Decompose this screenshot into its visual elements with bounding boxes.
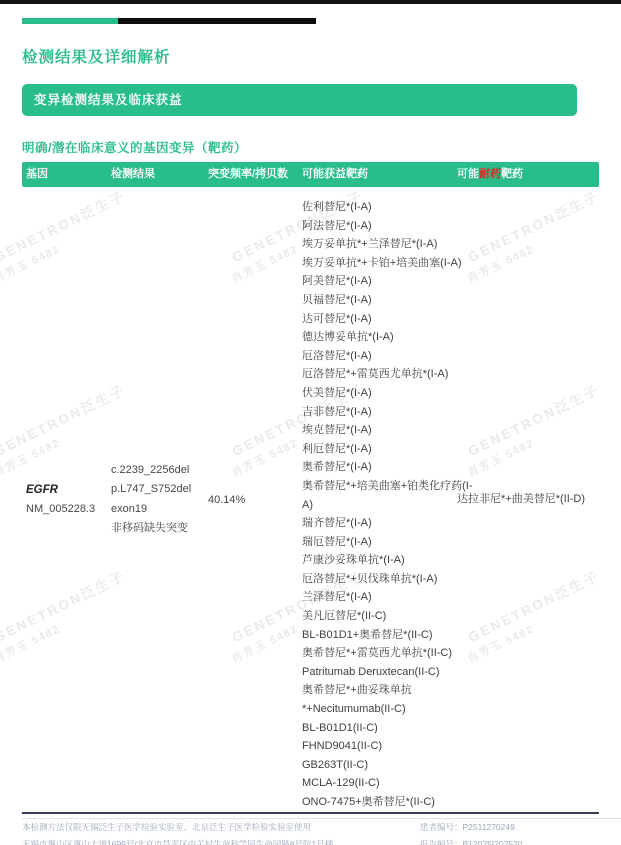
footer-lab-usage: 本检测方法仅限无锡泛生子医学检验实验室、北京泛生子医学检验实验室使用: [22, 821, 311, 833]
benefit-drug-line: 瑞齐替尼*(I-A): [302, 514, 473, 533]
result-line: c.2239_2256del: [111, 461, 191, 481]
gene-name: EGFR: [26, 481, 95, 500]
report-content: 检测结果及详细解析 变异检测结果及临床获益 明确/潜在临床意义的基因变异（靶药）…: [0, 0, 621, 845]
benefit-drug-line: 美凡厄替尼*(II-C): [302, 607, 473, 626]
subsection-title: 明确/潜在临床意义的基因变异（靶药）: [22, 138, 247, 156]
benefit-drug-line: 伏美替尼*(I-A): [302, 384, 473, 403]
cell-resist-drugs: 达拉非尼*+曲美替尼*(II-D): [457, 187, 585, 812]
resist-drug-line: 达拉非尼*+曲美替尼*(II-D): [457, 490, 585, 509]
benefit-drug-line: 埃克替尼*(I-A): [302, 421, 473, 440]
progress-segment-black: [118, 18, 316, 24]
cell-gene: EGFR NM_005228.3: [26, 187, 95, 812]
benefit-drug-line: 阿美替尼*(I-A): [302, 272, 473, 291]
benefit-drug-line: 埃万妥单抗*+兰泽替尼*(I-A): [302, 235, 473, 254]
benefit-drug-line: 兰泽替尼*(I-A): [302, 588, 473, 607]
benefit-drug-line: BL-B01D1(II-C): [302, 719, 473, 738]
header-cell-benefit: 可能获益靶药: [302, 162, 368, 187]
benefit-drug-line: 奥希替尼*+雷莫西尤单抗*(II-C): [302, 644, 473, 663]
top-edge-bar: [0, 0, 621, 4]
benefit-drug-line: 厄洛替尼*(I-A): [302, 347, 473, 366]
benefit-drug-line: 达可替尼*(I-A): [302, 310, 473, 329]
section-banner-label: 变异检测结果及临床获益: [34, 84, 183, 116]
benefit-drug-line: 阿法替尼*(I-A): [302, 217, 473, 236]
benefit-drug-line: 吉非替尼*(I-A): [302, 403, 473, 422]
cell-frequency: 40.14%: [208, 187, 245, 812]
benefit-drug-line: Patritumab Deruxtecan(II-C): [302, 663, 473, 682]
table-header-row: 基因 检测结果 突变频率/拷贝数 可能获益靶药 可能耐药靶药: [22, 162, 599, 187]
progress-segment-green: [22, 18, 118, 24]
result-line: 非移码缺失突变: [111, 519, 191, 539]
section-banner: 变异检测结果及临床获益: [22, 84, 577, 116]
report-page: GENETRON泛生子肖芳玉 5482 GENETRON泛生子肖芳玉 5482 …: [0, 0, 621, 845]
benefit-drug-line: 埃万妥单抗*+卡铂+培美曲塞(I-A): [302, 254, 473, 273]
page-title: 检测结果及详细解析: [22, 45, 171, 67]
benefit-drug-line: 利厄替尼*(I-A): [302, 440, 473, 459]
benefit-drug-line: 贝福替尼*(I-A): [302, 291, 473, 310]
footer-report-id: 报告编号：B12025I202520: [420, 838, 523, 845]
benefit-drug-line: 厄洛替尼*+雷莫西尤单抗*(I-A): [302, 365, 473, 384]
footer-patient-id: 患者编号：P2511270249: [420, 821, 515, 833]
header-resist-suffix: 靶药: [501, 168, 523, 180]
benefit-drug-line: ONO-7475+奥希替尼*(II-C): [302, 793, 473, 812]
frequency-value: 40.14%: [208, 494, 245, 506]
table-bottom-border: [22, 812, 599, 814]
header-cell-result: 检测结果: [111, 162, 155, 187]
header-resist-prefix: 可能: [457, 168, 479, 180]
benefit-drug-line: BL-B01D1+奥希替尼*(II-C): [302, 626, 473, 645]
benefit-drug-line: 奥希替尼*+培美曲塞+铂类化疗药(I-: [302, 477, 473, 496]
result-line: p.L747_S752del: [111, 480, 191, 500]
benefit-drug-line: MCLA-129(II-C): [302, 774, 473, 793]
footer-divider: [22, 818, 621, 819]
benefit-drug-line: GB263T(II-C): [302, 756, 473, 775]
benefit-drug-line: 奥希替尼*(I-A): [302, 458, 473, 477]
benefit-drug-line: 厄洛替尼*+贝伐珠单抗*(I-A): [302, 570, 473, 589]
benefit-drug-line: 奥希替尼*+曲妥珠单抗: [302, 681, 473, 700]
benefit-drug-line: 德达博妥单抗*(I-A): [302, 328, 473, 347]
cell-result: c.2239_2256delp.L747_S752delexon19非移码缺失突…: [111, 187, 191, 812]
gene-transcript: NM_005228.3: [26, 500, 95, 519]
header-cell-frequency: 突变频率/拷贝数: [208, 162, 288, 187]
benefit-drug-line: FHND9041(II-C): [302, 737, 473, 756]
header-resist-red: 耐药: [479, 168, 501, 180]
benefit-drug-line: A): [302, 496, 473, 515]
cell-benefit-drugs: 佐利替尼*(I-A)阿法替尼*(I-A)埃万妥单抗*+兰泽替尼*(I-A)埃万妥…: [302, 198, 473, 812]
footer-lab-address: 无锡市惠山区惠山大道1699号/北京市昌平区中关村生命科学园生命园路8号院1号楼: [22, 838, 333, 845]
benefit-drug-line: *+Necitumumab(II-C): [302, 700, 473, 719]
benefit-drug-line: 佐利替尼*(I-A): [302, 198, 473, 217]
header-cell-gene: 基因: [26, 162, 48, 187]
header-cell-resist: 可能耐药靶药: [457, 162, 523, 187]
benefit-drug-line: 芦康沙妥珠单抗*(I-A): [302, 551, 473, 570]
table-row: EGFR NM_005228.3 c.2239_2256delp.L747_S7…: [22, 187, 599, 812]
benefit-drug-line: 瑞厄替尼*(I-A): [302, 533, 473, 552]
result-line: exon19: [111, 500, 191, 520]
